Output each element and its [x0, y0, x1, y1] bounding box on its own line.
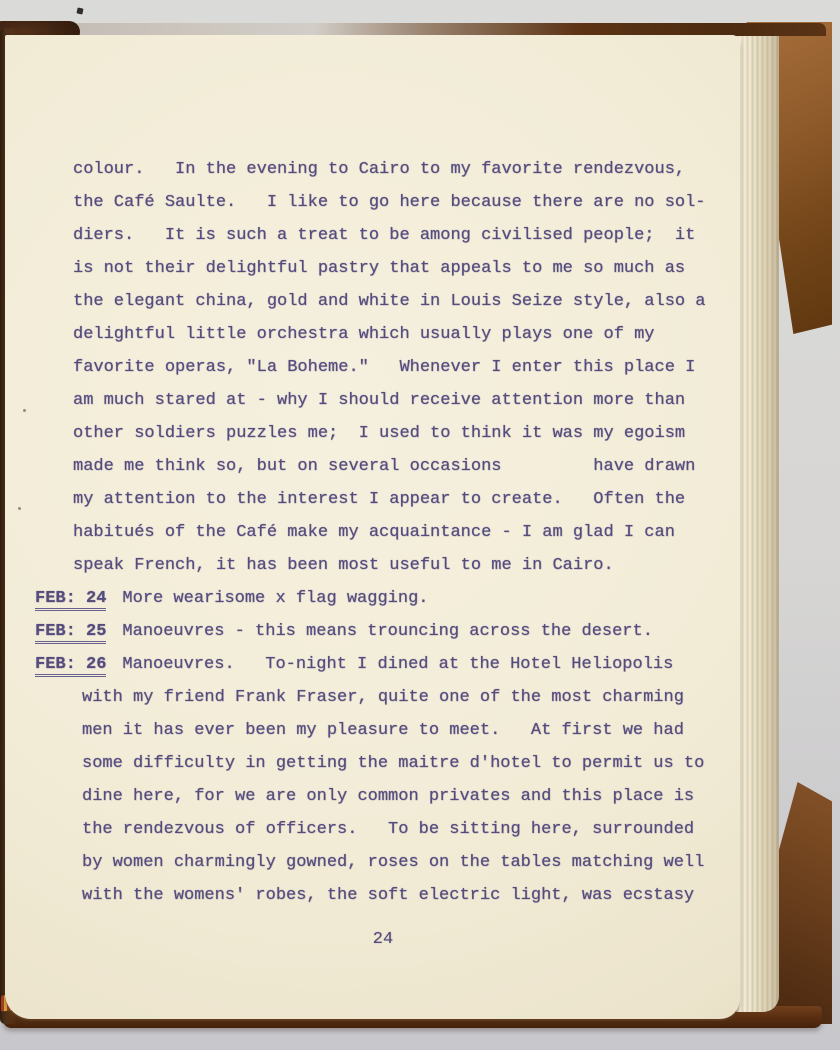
typed-line: delightful little orchestra which usuall…: [0, 318, 780, 351]
page-number: 24: [73, 930, 693, 949]
typed-line: speak French, it has been most useful to…: [0, 549, 780, 582]
typed-line: is not their delightful pastry that appe…: [0, 252, 780, 285]
diary-photo: colour. In the evening to Cairo to my fa…: [0, 0, 840, 1050]
entry-text: Manoeuvres. To-night I dined at the Hote…: [122, 655, 673, 674]
typed-line: FEB: 24More wearisome x flag wagging.: [0, 582, 780, 615]
typed-line: my attention to the interest I appear to…: [0, 483, 780, 516]
typed-line: with my friend Frank Fraser, quite one o…: [0, 681, 780, 714]
entry-date-label: FEB: 24: [35, 589, 106, 611]
typed-line: colour. In the evening to Cairo to my fa…: [0, 153, 780, 186]
entry-date-label: FEB: 25: [35, 622, 106, 644]
typed-line: made me think so, but on several occasio…: [0, 450, 780, 483]
typed-line: with the womens' robes, the soft electri…: [0, 879, 780, 912]
dust-speck: [76, 7, 83, 14]
typed-line: men it has ever been my pleasure to meet…: [0, 714, 780, 747]
typed-line: the rendezvous of officers. To be sittin…: [0, 813, 780, 846]
typed-line: some difficulty in getting the maitre d'…: [0, 747, 780, 780]
typed-line: favorite operas, "La Boheme." Whenever I…: [0, 351, 780, 384]
typed-line: diers. It is such a treat to be among ci…: [0, 219, 780, 252]
typed-line: habitués of the Café make my acquaintanc…: [0, 516, 780, 549]
typed-line: dine here, for we are only common privat…: [0, 780, 780, 813]
typed-line: FEB: 26Manoeuvres. To-night I dined at t…: [0, 648, 780, 681]
typed-line: the elegant china, gold and white in Lou…: [0, 285, 780, 318]
typed-line: the Café Saulte. I like to go here becau…: [0, 186, 780, 219]
typed-line: am much stared at - why I should receive…: [0, 384, 780, 417]
entry-text: Manoeuvres - this means trouncing across…: [122, 622, 653, 641]
typed-line: FEB: 25Manoeuvres - this means trouncing…: [0, 615, 780, 648]
entry-text: More wearisome x flag wagging.: [122, 589, 428, 608]
entry-date-label: FEB: 26: [35, 655, 106, 677]
typed-text-block: colour. In the evening to Cairo to my fa…: [0, 153, 780, 912]
typed-line: by women charmingly gowned, roses on the…: [0, 846, 780, 879]
typed-line: other soldiers puzzles me; I used to thi…: [0, 417, 780, 450]
